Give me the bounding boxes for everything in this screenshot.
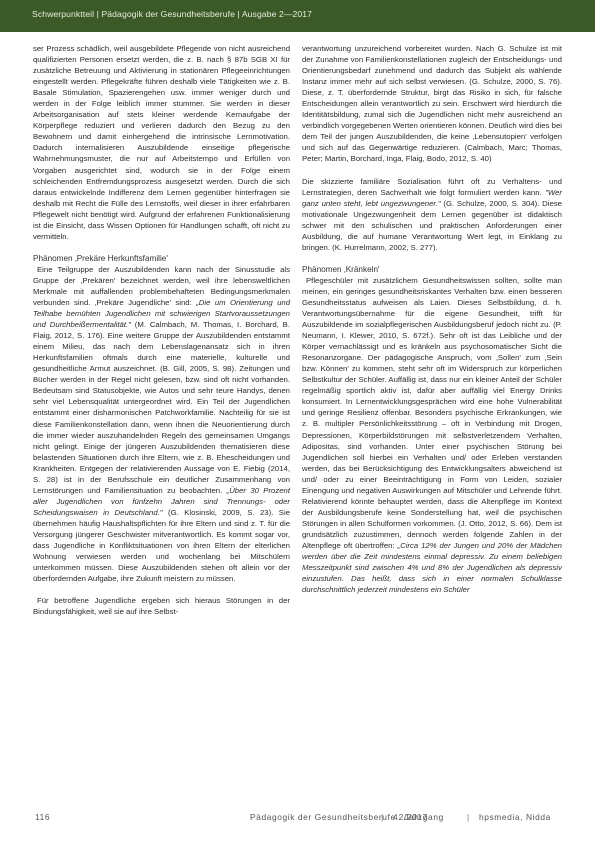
left-column: ser Prozess schädlich, weil ausgebildete… bbox=[33, 43, 290, 617]
paragraph: Die skizzierte familiäre Sozialisation f… bbox=[302, 176, 562, 253]
paragraph: verantwortung unzureichend vorbereitet w… bbox=[302, 43, 562, 165]
footer-separator: | bbox=[381, 812, 384, 822]
page-number: 116 bbox=[35, 812, 50, 822]
header-title: Schwerpunktteil | Pädagogik der Gesundhe… bbox=[32, 9, 312, 19]
volume-year: 4. Jahrgang bbox=[393, 812, 444, 822]
paragraph: Für betroffene Jugendliche ergeben sich … bbox=[33, 595, 290, 617]
page-footer: 116 Pädagogik der Gesundheitsberufe 2/20… bbox=[0, 812, 595, 826]
section-heading-prekaere-herkunftsfamilie: Phänomen ‚Prekäre Herkunftsfamilie' bbox=[33, 253, 290, 264]
section-heading-kraenkeln: Phänomen ‚Kränkeln' bbox=[302, 264, 562, 275]
paragraph: Pflegeschüler mit zusätzlichem Gesundhei… bbox=[302, 275, 562, 595]
paragraph: Eine Teilgruppe der Auszubildenden kann … bbox=[33, 264, 290, 584]
publisher: hpsmedia, Nidda bbox=[479, 812, 551, 822]
paragraph: ser Prozess schädlich, weil ausgebildete… bbox=[33, 43, 290, 242]
running-header: Schwerpunktteil | Pädagogik der Gesundhe… bbox=[0, 0, 595, 32]
right-column: verantwortung unzureichend vorbereitet w… bbox=[302, 43, 562, 595]
footer-separator: | bbox=[467, 812, 470, 822]
